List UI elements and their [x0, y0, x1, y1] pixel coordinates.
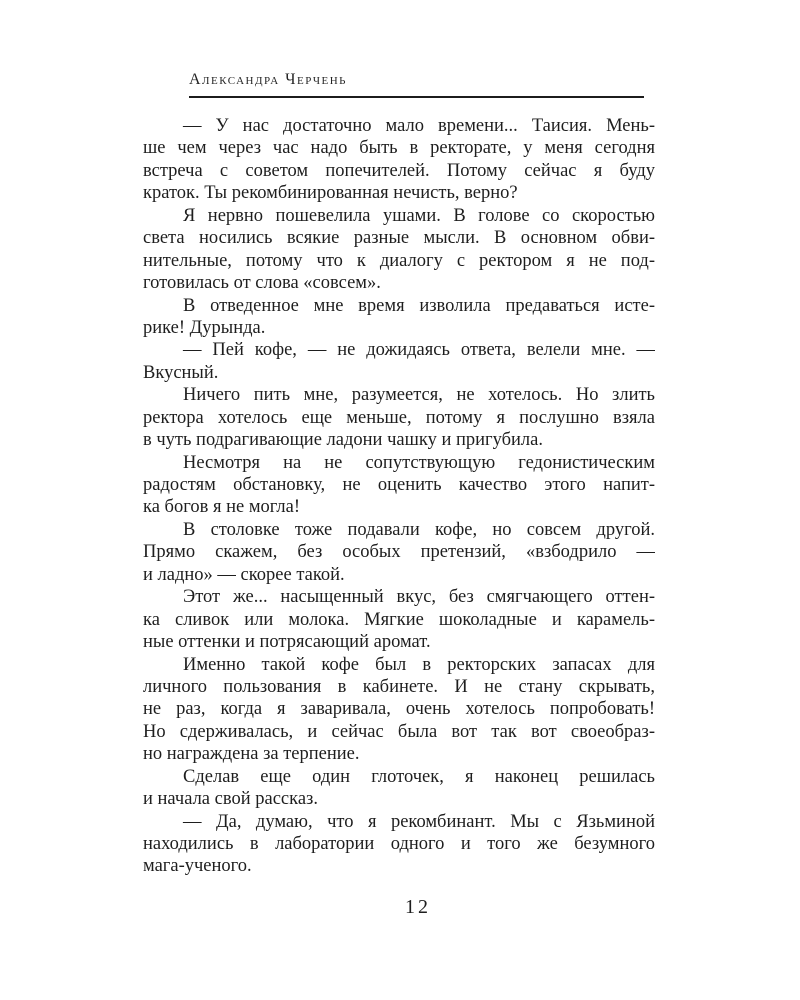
text-line: готовилась от слова «совсем». [143, 272, 655, 294]
text-line: краток. Ты рекомбинированная нечисть, ве… [143, 182, 655, 204]
author-name: Александра Черчень [189, 70, 644, 90]
page-body: — У нас достаточно мало времени... Таиси… [143, 115, 655, 878]
text-line: и ладно» — скорее такой. [143, 564, 655, 586]
text-line: — Пей кофе, — не дожидаясь ответа, велел… [143, 339, 655, 361]
text-line: Но сдерживалась, и сейчас была вот так в… [143, 721, 655, 743]
text-line: — Да, думаю, что я рекомбинант. Мы с Язь… [143, 811, 655, 833]
text-line: личного пользования в кабинете. И не ста… [143, 676, 655, 698]
text-line: ные оттенки и потрясающий аромат. [143, 631, 655, 653]
text-line: нительные, потому что к диалогу с ректор… [143, 250, 655, 272]
text-line: Вкусный. [143, 362, 655, 384]
text-line: В столовке тоже подавали кофе, но совсем… [143, 519, 655, 541]
text-line: встреча с советом попечителей. Потому се… [143, 160, 655, 182]
text-line: Именно такой кофе был в ректорских запас… [143, 654, 655, 676]
text-line: Этот же... насыщенный вкус, без смягчающ… [143, 586, 655, 608]
page-header: Александра Черчень [189, 70, 644, 98]
text-line: не раз, когда я заваривала, очень хотело… [143, 698, 655, 720]
text-line: Ничего пить мне, разумеется, не хотелось… [143, 384, 655, 406]
text-line: находились в лаборатории одного и того ж… [143, 833, 655, 855]
text-line: ше чем через час надо быть в ректорате, … [143, 137, 655, 159]
book-page: Александра Черчень — У нас достаточно ма… [0, 0, 800, 1000]
text-line: света носились всякие разные мысли. В ос… [143, 227, 655, 249]
text-line: — У нас достаточно мало времени... Таиси… [143, 115, 655, 137]
text-line: Несмотря на не сопутствующую гедонистиче… [143, 452, 655, 474]
text-line: в чуть подрагивающие ладони чашку и приг… [143, 429, 655, 451]
text-line: ректора хотелось еще меньше, потому я по… [143, 407, 655, 429]
text-line: Сделав еще один глоточек, я наконец реши… [143, 766, 655, 788]
text-line: Прямо скажем, без особых претензий, «взб… [143, 541, 655, 563]
text-line: ка сливок или молока. Мягкие шоколадные … [143, 609, 655, 631]
text-line: мага-ученого. [143, 855, 655, 877]
text-line: В отведенное мне время изволила предават… [143, 295, 655, 317]
text-line: и начала свой рассказ. [143, 788, 655, 810]
text-line: рике! Дурында. [143, 317, 655, 339]
text-line: ка богов я не могла! [143, 496, 655, 518]
page-number: 12 [168, 896, 668, 919]
text-line: Я нервно пошевелила ушами. В голове со с… [143, 205, 655, 227]
text-line: но награждена за терпение. [143, 743, 655, 765]
text-line: радостям обстановку, не оценить качество… [143, 474, 655, 496]
